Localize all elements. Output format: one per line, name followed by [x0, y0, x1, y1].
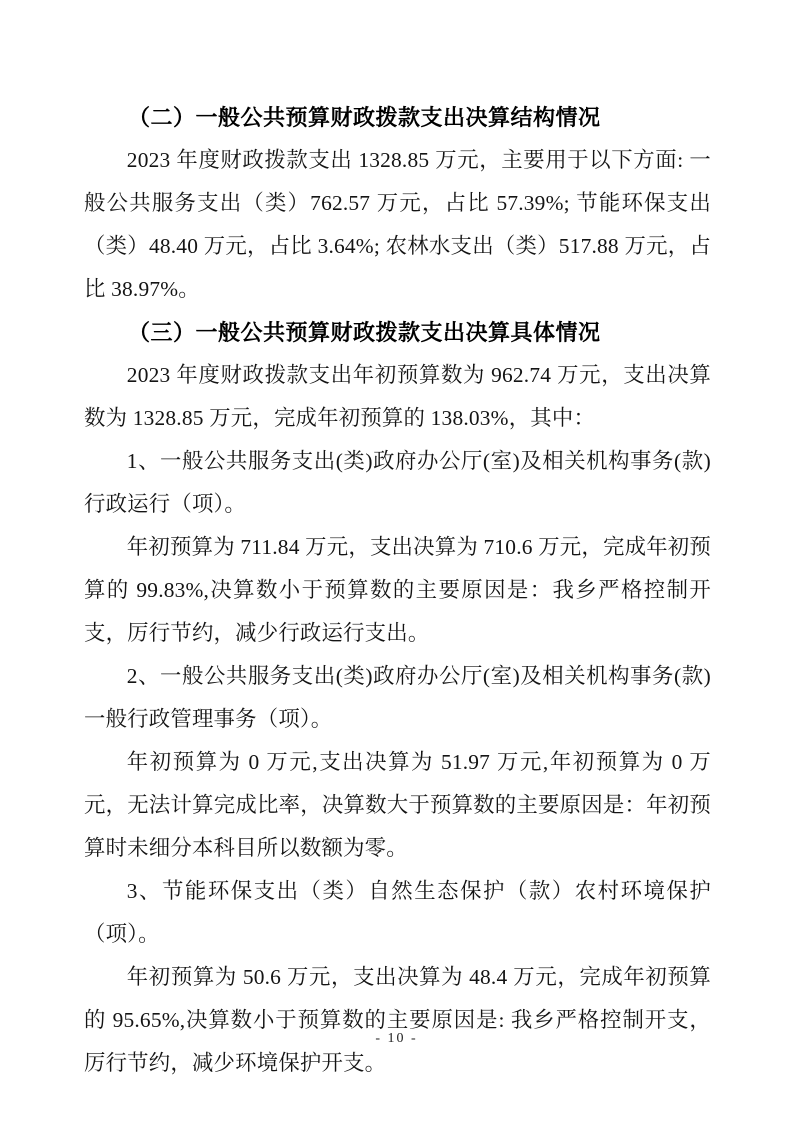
- body-paragraph-item-2: 2、一般公共服务支出(类)政府办公厅(室)及相关机构事务(款)一般行政管理事务（…: [84, 655, 711, 741]
- document-page: （二）一般公共预算财政拨款支出决算结构情况 2023 年度财政拨款支出 1328…: [0, 0, 793, 1122]
- body-paragraph: 2023 年度财政拨款支出年初预算数为 962.74 万元，支出决算数为 132…: [84, 354, 711, 440]
- section-heading-2: （二）一般公共预算财政拨款支出决算结构情况: [84, 96, 711, 139]
- document-body: （二）一般公共预算财政拨款支出决算结构情况 2023 年度财政拨款支出 1328…: [84, 96, 711, 1085]
- body-paragraph: 年初预算为 0 万元,支出决算为 51.97 万元,年初预算为 0 万元，无法计…: [84, 741, 711, 870]
- body-paragraph: 年初预算为 50.6 万元，支出决算为 48.4 万元，完成年初预算的 95.6…: [84, 956, 711, 1085]
- body-paragraph-item-3: 3、节能环保支出（类）自然生态保护（款）农村环境保护（项）。: [84, 870, 711, 956]
- body-paragraph-item-1: 1、一般公共服务支出(类)政府办公厅(室)及相关机构事务(款)行政运行（项）。: [84, 440, 711, 526]
- body-paragraph: 年初预算为 711.84 万元，支出决算为 710.6 万元，完成年初预算的 9…: [84, 526, 711, 655]
- section-heading-3: （三）一般公共预算财政拨款支出决算具体情况: [84, 311, 711, 354]
- body-paragraph: 2023 年度财政拨款支出 1328.85 万元，主要用于以下方面: 一般公共服…: [84, 139, 711, 311]
- page-number: - 10 -: [0, 1031, 793, 1047]
